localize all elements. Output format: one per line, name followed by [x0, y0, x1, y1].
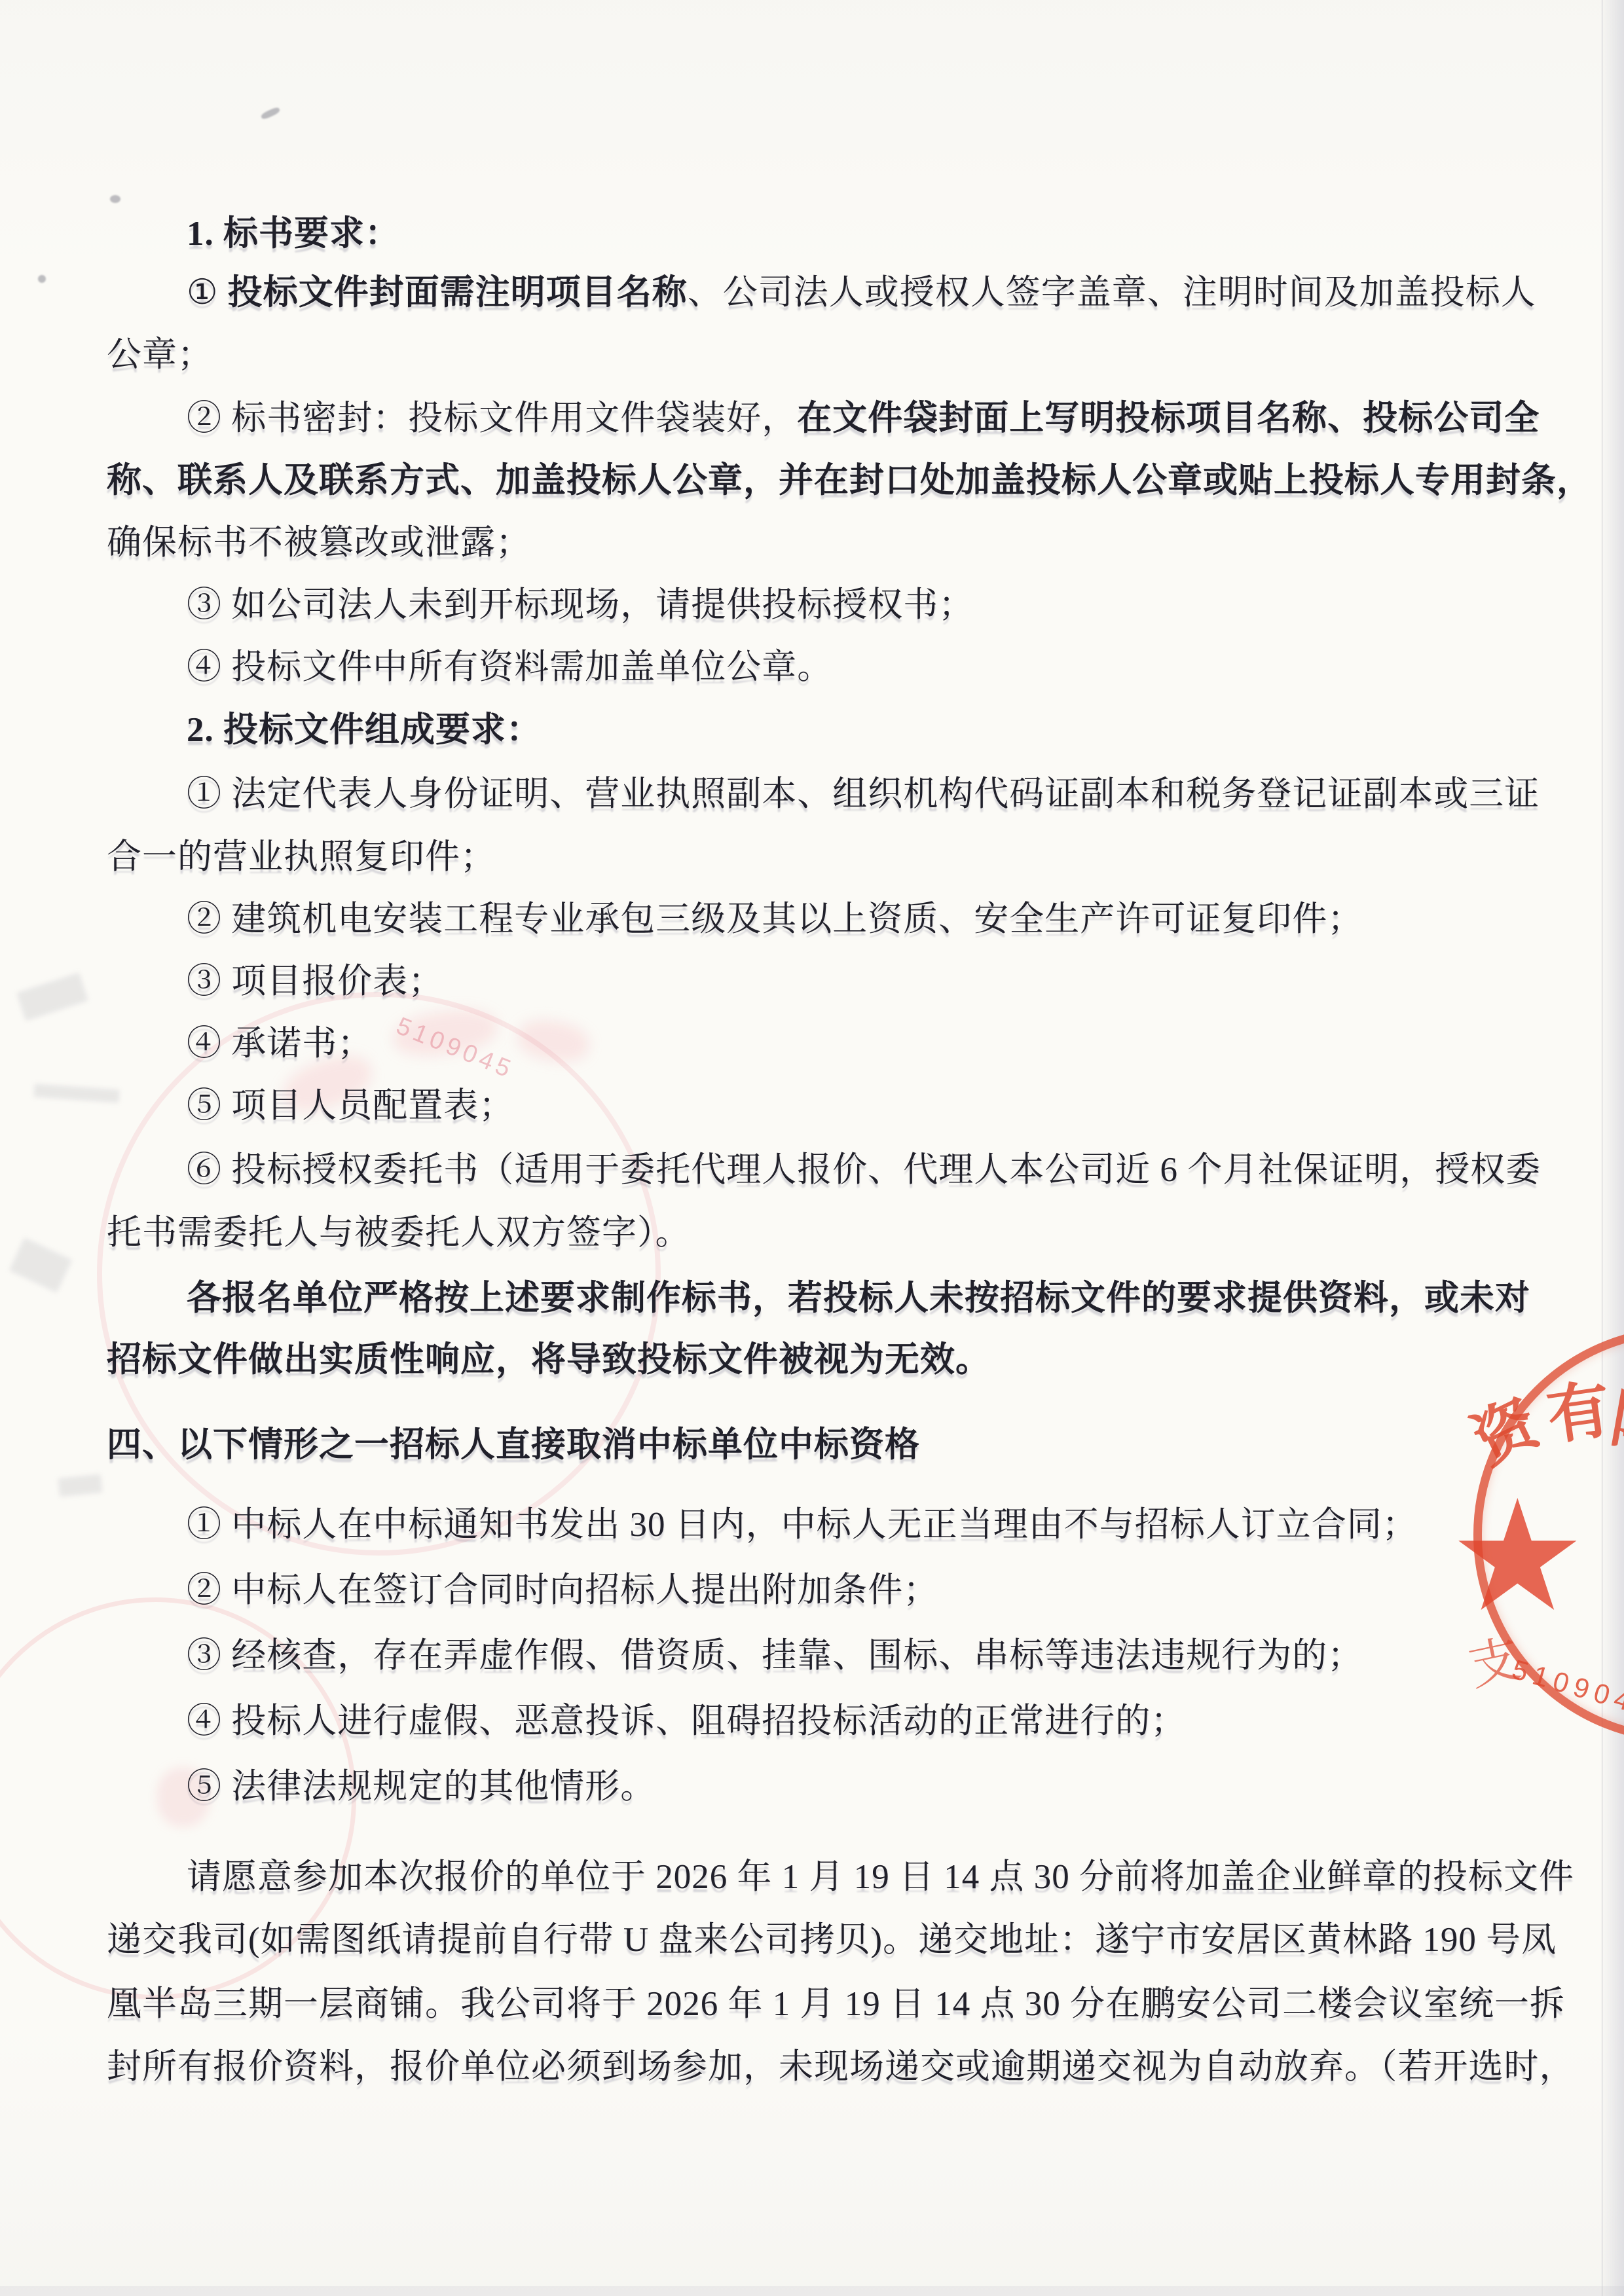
- text-segment: 在文件袋封面上写明投标项目名称、投标公司全: [797, 399, 1540, 437]
- scan-edge-strip: [0, 2286, 1624, 2296]
- text-segment: ① 法定代表人身份证明、营业执照副本、组织机构代码证副本和税务登记证副本或三证: [187, 775, 1540, 813]
- doc-line: 合一的营业执照复印件；: [107, 826, 496, 888]
- text-segment: 确保标书不被篡改或泄露；: [107, 524, 531, 562]
- doc-line: 称、联系人及联系方式、加盖投标人公章，并在封口处加盖投标人公章或贴上投标人专用封…: [107, 450, 1592, 512]
- text-segment: 1. 标书要求：: [187, 215, 400, 253]
- doc-line: 四、以下情形之一招标人直接取消中标单位中标资格: [107, 1414, 920, 1476]
- doc-line: ② 建筑机电安装工程专业承包三级及其以上资质、安全生产许可证复印件；: [107, 888, 1363, 951]
- text-segment: 递交我司(如需图纸请提前自行带 U 盘来公司拷贝)。递交地址：遂宁市安居区黄林路…: [107, 1921, 1557, 1959]
- scan-speck: [38, 275, 46, 283]
- text-segment: 、公司法人或授权人签字盖章、注明时间及加盖投标人: [688, 274, 1536, 312]
- text-segment: ② 中标人在签订合同时向招标人提出附加条件；: [187, 1571, 938, 1609]
- text-segment: 招标文件做出实质性响应，将导致投标文件被视为无效。: [107, 1341, 991, 1379]
- doc-line: ② 中标人在签订合同时向招标人提出附加条件；: [107, 1559, 938, 1622]
- text-segment: ①: [187, 274, 228, 312]
- doc-line: 托书需委托人与被委托人双方签字）。: [107, 1202, 691, 1264]
- text-segment: ② 标书密封：投标文件用文件袋装好，: [187, 399, 797, 437]
- doc-line: ⑥ 投标授权委托书（适用于委托代理人报价、代理人本公司近 6 个月社保证明，授权…: [107, 1139, 1541, 1201]
- doc-line: 公章；: [107, 324, 213, 386]
- text-segment: 合一的营业执照复印件；: [107, 838, 496, 876]
- faint-stamp-serial: 5109045: [392, 1012, 518, 1085]
- scan-smudge: [9, 1238, 72, 1293]
- text-segment: 2. 投标文件组成要求：: [187, 711, 542, 749]
- text-segment: ③ 如公司法人未到开标现场，请提供投标授权书；: [187, 586, 974, 624]
- text-segment: 四、以下情形之一招标人直接取消中标单位中标资格: [107, 1426, 920, 1464]
- doc-line: 请愿意参加本次报价的单位于 2026 年 1 月 19 日 14 点 30 分前…: [107, 1846, 1574, 1908]
- text-segment: ④ 投标人进行虚假、恶意投诉、阻碍招投标活动的正常进行的；: [187, 1702, 1186, 1740]
- doc-line: ⑤ 项目人员配置表；: [107, 1075, 514, 1137]
- doc-line: ② 标书密封：投标文件用文件袋装好，在文件袋封面上写明投标项目名称、投标公司全: [107, 388, 1540, 450]
- text-segment: 称、联系人及联系方式、加盖投标人公章，并在封口处加盖投标人公章或贴上投标人专用封…: [107, 462, 1592, 500]
- text-segment: ⑥ 投标授权委托书（适用于委托代理人报价、代理人本公司近 6 个月社保证明，授权…: [187, 1151, 1541, 1189]
- doc-line: ③ 如公司法人未到开标现场，请提供投标授权书；: [107, 574, 974, 636]
- text-segment: ④ 投标文件中所有资料需加盖单位公章。: [187, 648, 832, 686]
- faint-stamp-mark: [515, 1015, 593, 1066]
- scan-smudge: [16, 973, 88, 1021]
- text-segment: ④ 承诺书；: [187, 1025, 373, 1063]
- doc-line: 确保标书不被篡改或泄露；: [107, 512, 531, 574]
- stamp-star-icon: ★: [1449, 1481, 1587, 1635]
- text-segment: ② 建筑机电安装工程专业承包三级及其以上资质、安全生产许可证复印件；: [187, 900, 1363, 938]
- doc-line: ① 法定代表人身份证明、营业执照副本、组织机构代码证副本和税务登记证副本或三证: [107, 763, 1540, 826]
- scan-speck: [260, 106, 280, 120]
- text-segment: ① 中标人在中标通知书发出 30 日内，中标人无正当理由不与招标人订立合同；: [187, 1506, 1418, 1544]
- doc-line: ① 投标文件封面需注明项目名称、公司法人或授权人签字盖章、注明时间及加盖投标人: [107, 262, 1536, 324]
- stamp-partial-char: 支: [1461, 1618, 1526, 1700]
- doc-line: ④ 投标文件中所有资料需加盖单位公章。: [107, 636, 832, 699]
- doc-line: 递交我司(如需图纸请提前自行带 U 盘来公司拷贝)。递交地址：遂宁市安居区黄林路…: [107, 1909, 1557, 1971]
- doc-line: ④ 承诺书；: [107, 1013, 373, 1075]
- text-segment: ⑤ 法律法规规定的其他情形。: [187, 1768, 655, 1806]
- text-segment: ③ 经核查，存在弄虚作假、借资质、挂靠、围标、串标等违法违规行为的；: [187, 1637, 1363, 1675]
- doc-line: ⑤ 法律法规规定的其他情形。: [107, 1756, 655, 1818]
- text-segment: 封所有报价资料，报价单位必须到场参加，未现场递交或逾期递交视为自动放弃。（若开选…: [107, 2048, 1575, 2086]
- text-segment: 托书需委托人与被委托人双方签字）。: [107, 1214, 691, 1252]
- doc-line: 各报名单位严格按上述要求制作标书，若投标人未按招标文件的要求提供资料，或未对: [107, 1267, 1530, 1330]
- text-segment: ③ 项目报价表；: [187, 962, 443, 1000]
- scan-edge-strip: [1602, 0, 1624, 2296]
- scan-speck: [110, 195, 120, 203]
- doc-line: ③ 经核查，存在弄虚作假、借资质、挂靠、围标、串标等违法违规行为的；: [107, 1625, 1363, 1687]
- text-segment: 投标文件封面需注明项目名称: [228, 274, 688, 312]
- faint-stamp-mark: [390, 1004, 500, 1061]
- doc-line: ① 中标人在中标通知书发出 30 日内，中标人无正当理由不与招标人订立合同；: [107, 1494, 1418, 1556]
- scan-smudge: [58, 1474, 103, 1497]
- doc-line: 1. 标书要求：: [107, 203, 400, 265]
- doc-line: ④ 投标人进行虚假、恶意投诉、阻碍招投标活动的正常进行的；: [107, 1690, 1186, 1753]
- doc-line: 凰半岛三期一层商铺。我公司将于 2026 年 1 月 19 日 14 点 30 …: [107, 1973, 1565, 2035]
- text-segment: 各报名单位严格按上述要求制作标书，若投标人未按招标文件的要求提供资料，或未对: [187, 1279, 1530, 1317]
- text-segment: ⑤ 项目人员配置表；: [187, 1087, 514, 1125]
- doc-line: ③ 项目报价表；: [107, 951, 443, 1013]
- page: 5109045 1. 标书要求： ① 投标文件封面需注明项目名称、公司法人或授权…: [0, 0, 1624, 2296]
- doc-line: 2. 投标文件组成要求：: [107, 699, 542, 761]
- doc-line: 封所有报价资料，报价单位必须到场参加，未现场递交或逾期递交视为自动放弃。（若开选…: [107, 2036, 1575, 2098]
- text-segment: 请愿意参加本次报价的单位于 2026 年 1 月 19 日 14 点 30 分前…: [187, 1858, 1574, 1896]
- doc-line: 招标文件做出实质性响应，将导致投标文件被视为无效。: [107, 1329, 991, 1391]
- text-segment: 公章；: [107, 336, 213, 374]
- text-segment: 凰半岛三期一层商铺。我公司将于 2026 年 1 月 19 日 14 点 30 …: [107, 1985, 1565, 2023]
- stamp-arc-char: 资: [1456, 1374, 1551, 1482]
